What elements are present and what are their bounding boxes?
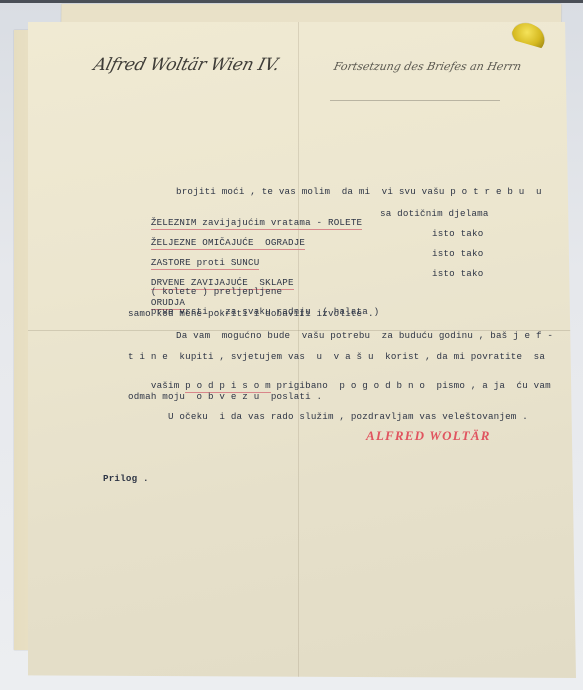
text-span: vašim xyxy=(151,380,185,391)
body-line-intro: brojiti moći , te vas molim da mi vi svu… xyxy=(176,187,542,196)
item-note-1: sa dotičnim djelama xyxy=(380,209,489,218)
item-note-4: isto tako xyxy=(432,269,483,278)
closing-line: U očeku i da vas rado služim , pozdravlj… xyxy=(168,412,528,421)
enclosure-label: Prilog . xyxy=(103,474,149,483)
addressee-rule xyxy=(330,100,500,101)
letterhead-name: Alfred Woltär Wien IV. xyxy=(92,55,282,75)
signature-stamp: ALFRED WOLTÄR xyxy=(366,428,491,444)
item-note-2: isto tako xyxy=(432,229,483,238)
para2-line-2: t i n e kupiti , svjetujem vas u v a š u… xyxy=(128,352,545,361)
item-note-3: isto tako xyxy=(432,249,483,258)
letterhead-continuation: Fortsetzung des Briefes an Herrn xyxy=(333,60,523,73)
body-line-samo: samo kod mene pokriti i dobaviti izvolit… xyxy=(128,309,374,318)
para2-line-4: odmah moju o b v e z u poslati . xyxy=(128,392,322,401)
top-edge xyxy=(0,0,583,3)
letter-sheet: Alfred Woltär Wien IV. Fortsetzung des B… xyxy=(28,22,576,678)
para2-line-1: Da vam mogućno bude vašu potrebu za budu… xyxy=(176,331,553,340)
fold-crease-vertical xyxy=(298,22,299,678)
text-span: prigibano p o g o d b n o pismo , a ja ć… xyxy=(271,380,551,391)
